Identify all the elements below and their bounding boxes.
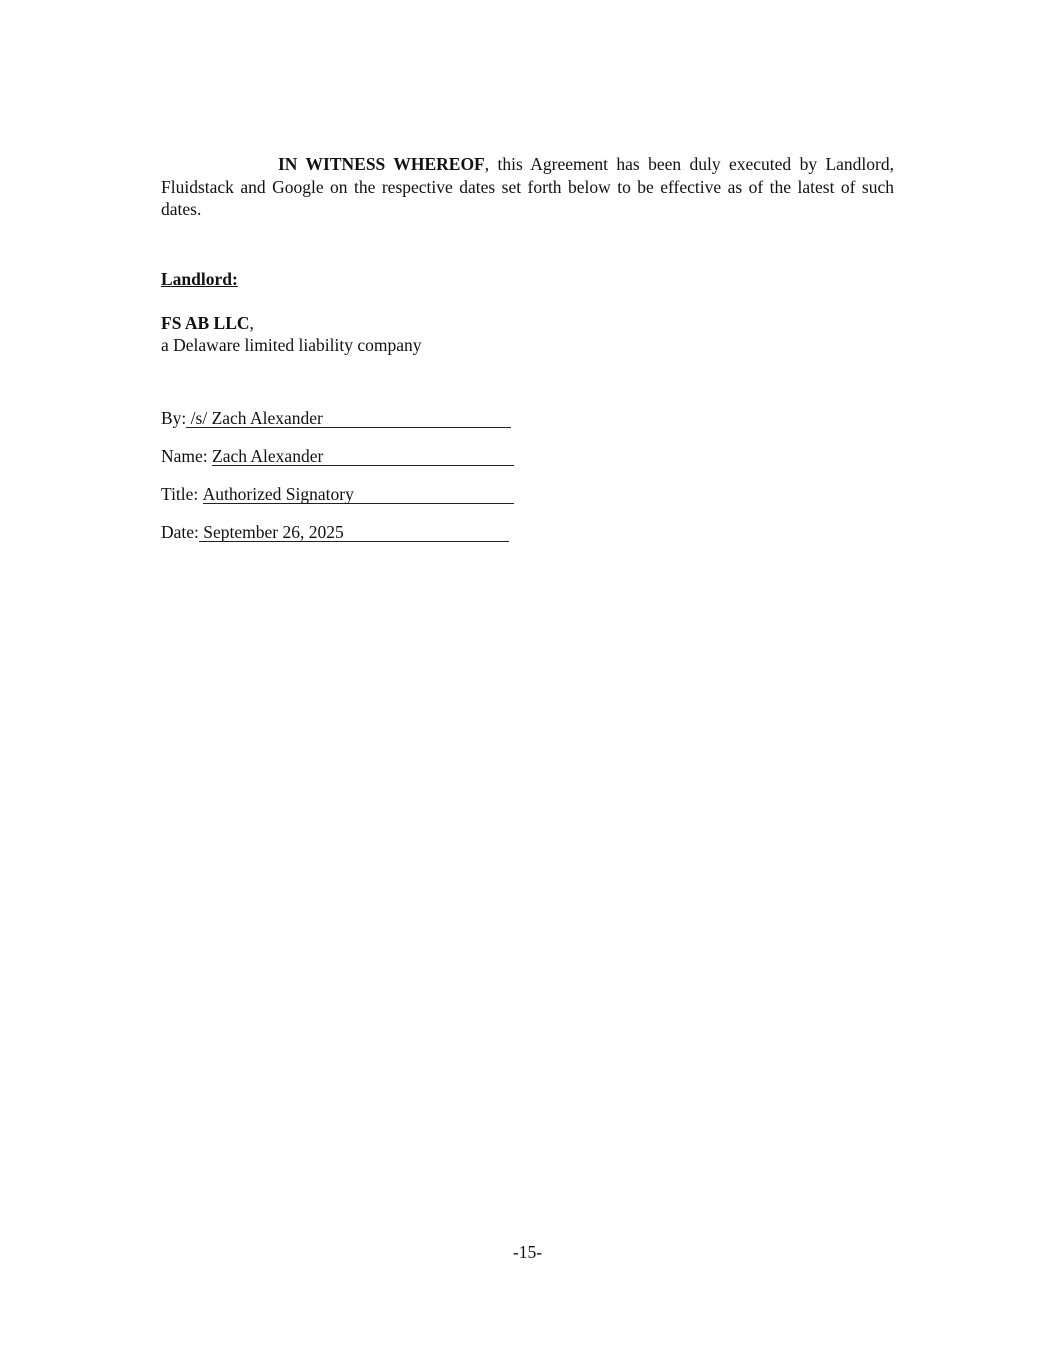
witness-paragraph: IN WITNESS WHEREOF, this Agreement has b… <box>161 153 894 221</box>
witness-text: , this Agreement has been duly executed … <box>161 154 894 219</box>
company-description: a Delaware limited liability company <box>161 334 421 356</box>
title-label: Title: <box>161 484 203 504</box>
landlord-company-block: FS AB LLC, a Delaware limited liability … <box>161 312 421 356</box>
date-value: September 26, 2025 <box>199 524 509 542</box>
name-label: Name: <box>161 446 212 466</box>
signature-date-row: Date: September 26, 2025 <box>161 521 509 543</box>
landlord-heading: Landlord: <box>161 269 238 290</box>
company-name-suffix: , <box>250 313 254 333</box>
signature-name-row: Name: Zach Alexander <box>161 445 514 467</box>
by-label: By: <box>161 408 186 428</box>
signature-title-row: Title: Authorized Signatory <box>161 483 514 505</box>
signature-by-row: By: /s/ Zach Alexander <box>161 407 511 429</box>
date-label: Date: <box>161 522 199 542</box>
company-name: FS AB LLC <box>161 313 250 333</box>
by-value: /s/ Zach Alexander <box>186 410 511 428</box>
name-value: Zach Alexander <box>212 448 514 466</box>
witness-lead: IN WITNESS WHEREOF <box>278 154 485 174</box>
page-number: -15- <box>0 1242 1055 1263</box>
title-value: Authorized Signatory <box>203 486 514 504</box>
